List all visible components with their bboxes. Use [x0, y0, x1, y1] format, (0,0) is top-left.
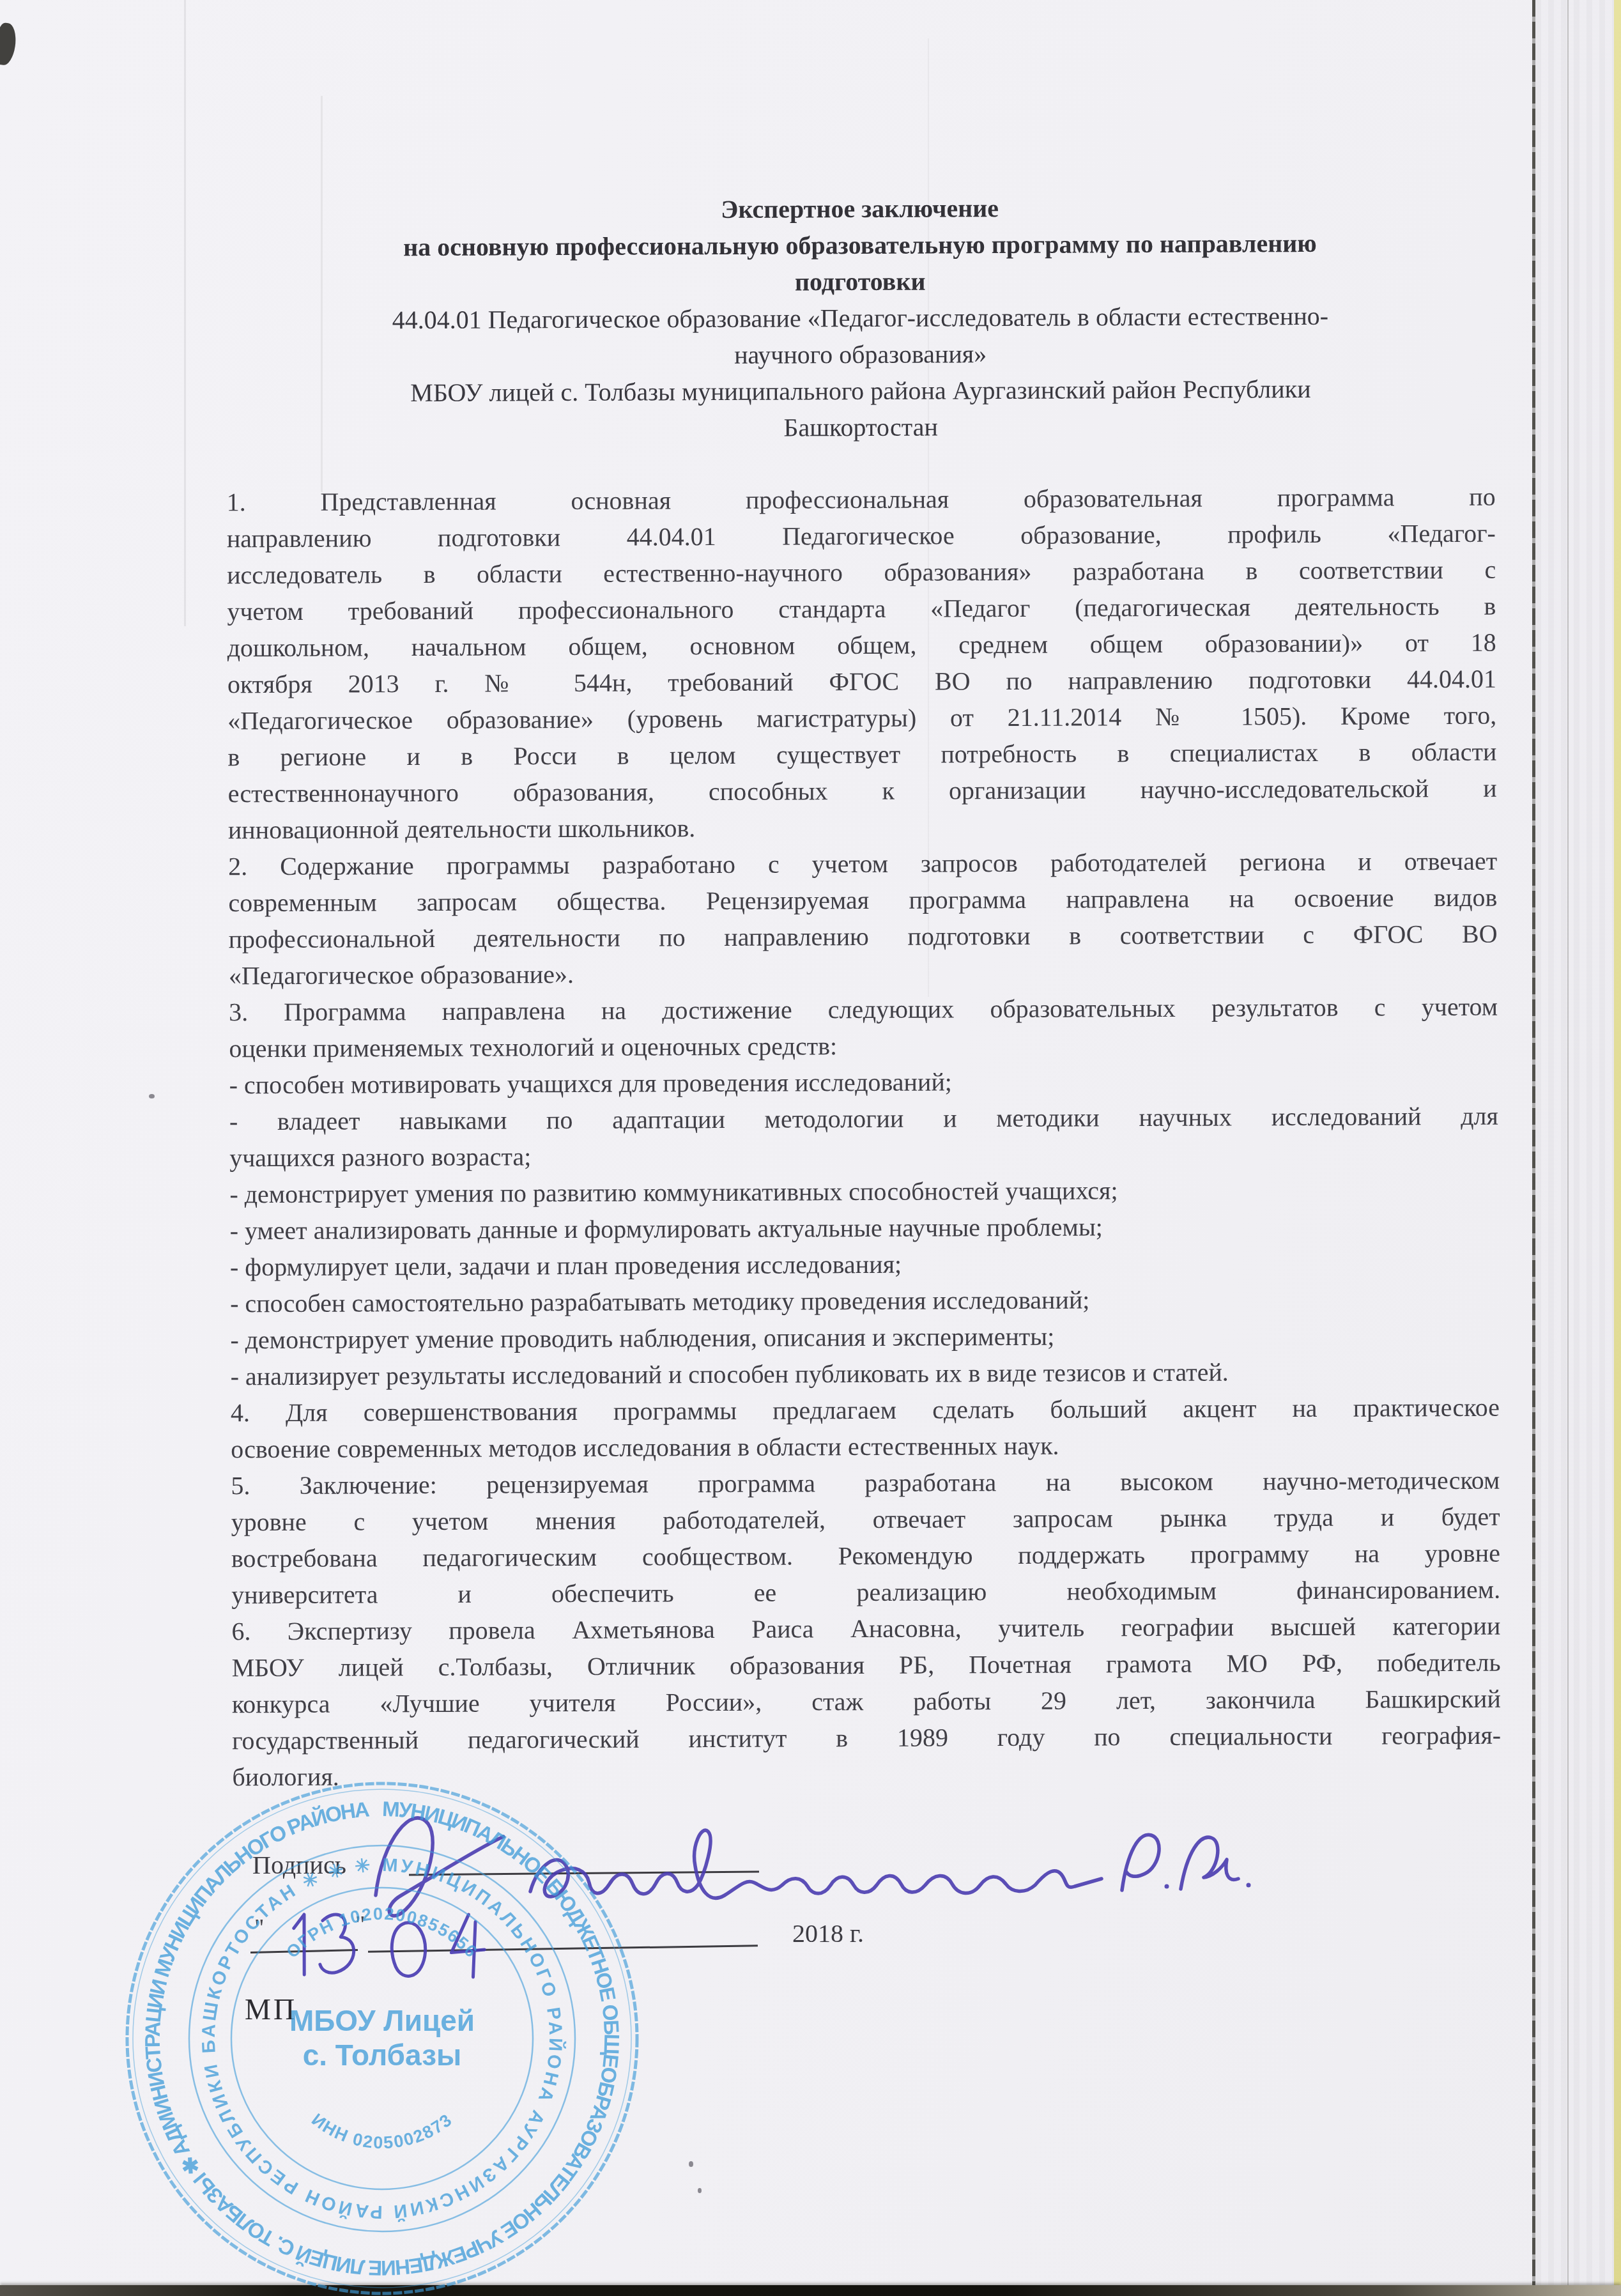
document-page: Экспертное заключениена основную професс… — [0, 0, 1621, 2296]
text-line: направлению подготовки 44.04.01 Педагоги… — [227, 515, 1496, 557]
round-stamp: МУНИЦИПАЛЬНОЕ БЮДЖЕТНОЕ ОБЩЕОБРАЗОВАТЕЛЬ… — [120, 1776, 644, 2296]
title-line: Экспертное заключение — [226, 188, 1494, 230]
text-line: «Педагогическое образование» (уровень ма… — [227, 697, 1496, 739]
text-line: 1. Представленная основная профессиональ… — [227, 479, 1496, 521]
text-line: учащихся разного возраста; — [229, 1134, 1498, 1176]
text-line: государственный педагогический институт … — [232, 1717, 1501, 1759]
title-line: МБОУ лицей с. Толбазы муниципального рай… — [226, 370, 1495, 412]
scan-streak — [184, 0, 186, 626]
text-line: 4. Для совершенствования программы предл… — [231, 1389, 1500, 1431]
scan-corner-mark — [0, 22, 18, 66]
scan-vertical-line-faint — [1567, 0, 1569, 2296]
text-line: - демонстрирует умения по развитию комму… — [229, 1171, 1498, 1213]
document-title: Экспертное заключениена основную професс… — [226, 188, 1496, 449]
stamp-center-line1: МБОУ Лицей — [289, 2004, 475, 2037]
text-line: востребована педагогическим сообществом.… — [231, 1535, 1500, 1577]
text-line: - способен мотивировать учащихся для про… — [229, 1061, 1498, 1104]
text-line: дошкольном, начальном общем, основном об… — [227, 624, 1496, 666]
text-line: - умеет анализировать данные и формулиро… — [229, 1207, 1498, 1249]
document-body: 1. Представленная основная профессиональ… — [227, 479, 1502, 1796]
text-line: октября 2013 г. № 544н, требований ФГОС … — [227, 661, 1496, 703]
text-line: - способен самостоятельно разрабатывать … — [230, 1280, 1499, 1322]
text-line: инновационной деятельности школьников. — [228, 806, 1497, 849]
signature-initial-a — [1181, 1837, 1238, 1889]
text-line: 2. Содержание программы разработано с уч… — [228, 843, 1497, 885]
svg-text:ИНН 0205002873: ИНН 0205002873 — [308, 2110, 456, 2153]
stamp-ogrn-text: ОГРН 1020200855656 — [282, 1904, 482, 1962]
text-line: оценки применяемых технологий и оценочны… — [229, 1025, 1498, 1067]
text-line: профессиональной деятельности по направл… — [229, 916, 1498, 958]
title-line: 44.04.01 Педагогическое образование «Пед… — [226, 297, 1494, 339]
text-line: современным запросам общества. Рецензиру… — [228, 879, 1497, 921]
text-line: 5. Заключение: рецензируемая программа р… — [231, 1462, 1500, 1504]
text-line: учетом требований профессионального стан… — [227, 588, 1496, 630]
text-line: конкурса «Лучшие учителя России», стаж р… — [232, 1681, 1501, 1723]
scan-speck — [149, 1094, 155, 1098]
scan-vertical-line — [1532, 0, 1535, 2296]
stamp-inn-text: ИНН 0205002873 — [308, 2110, 456, 2153]
document-content: Экспертное заключениена основную професс… — [226, 188, 1502, 1796]
text-line: 6. Экспертизу провела Ахметьянова Раиса … — [231, 1608, 1500, 1650]
text-line: освоение современных методов исследовани… — [231, 1426, 1500, 1468]
page-edge-strip — [1614, 0, 1621, 2296]
svg-text:ОГРН 1020200855656: ОГРН 1020200855656 — [282, 1904, 482, 1962]
text-line: естественнонаучного образования, способн… — [228, 770, 1497, 812]
title-line: Башкортостан — [226, 406, 1495, 449]
title-line: на основную профессиональную образовател… — [226, 224, 1494, 266]
text-line: - формулирует цели, задачи и план провед… — [230, 1244, 1499, 1286]
text-line: исследователь в области естественно-науч… — [227, 551, 1496, 594]
text-line: университета и обеспечить ее реализацию … — [231, 1571, 1500, 1614]
text-line: «Педагогическое образование». — [229, 952, 1498, 994]
text-line: - демонстрирует умение проводить наблюде… — [230, 1316, 1499, 1359]
stamp-center-line2: с. Толбазы — [303, 2038, 462, 2072]
scan-speck — [689, 2161, 693, 2167]
signature-initial-r — [1122, 1835, 1159, 1890]
text-line: - анализирует результаты исследований и … — [230, 1353, 1499, 1395]
text-line: уровне с учетом мнения работодателей, от… — [231, 1499, 1500, 1541]
title-line: подготовки — [226, 261, 1494, 303]
text-line: - владеет навыками по адаптации методоло… — [229, 1098, 1498, 1140]
title-line: научного образования» — [226, 334, 1495, 376]
text-line: в регионе и в Росси в целом существует п… — [227, 734, 1496, 776]
scan-right-band — [1535, 0, 1621, 2296]
text-line: 3. Программа направлена на достижение сл… — [229, 989, 1498, 1031]
scan-speck — [698, 2188, 702, 2193]
text-line: МБОУ лицей с.Толбазы, Отличник образован… — [231, 1644, 1500, 1686]
